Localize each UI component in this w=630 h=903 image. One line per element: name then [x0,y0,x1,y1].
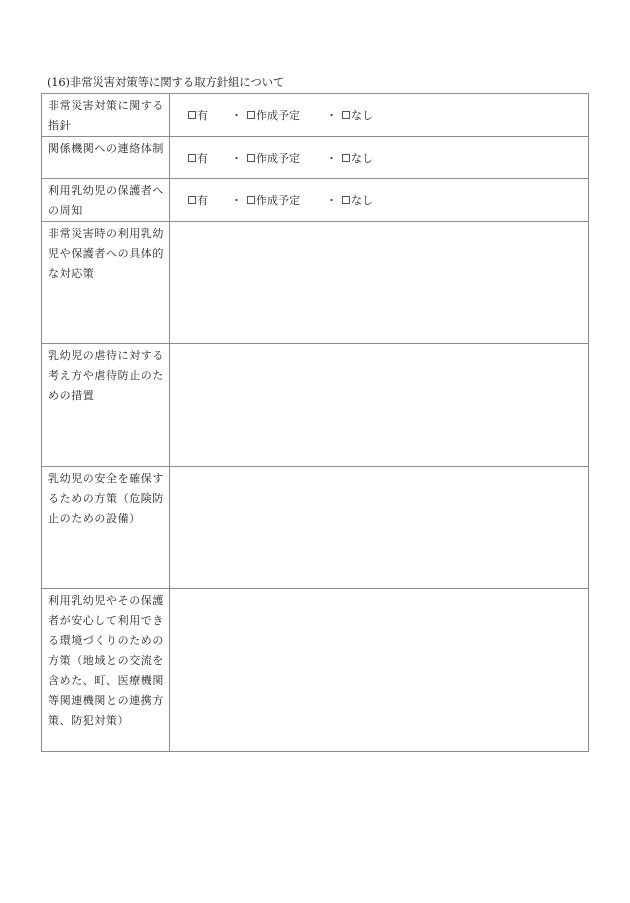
table-row: 乳幼児の安全を確保するための方策（危険防止のための設備） [42,467,589,589]
table-row: 利用乳幼児やその保護者が安心して利用できる環境づくりのための方策（地域との交流を… [42,589,589,752]
table-row: 非常災害対策に関する指針 有 ・ 作成予定 ・ なし [42,94,589,137]
row-label: 乳幼児の虐待に対する考え方や虐待防止のための措置 [42,344,170,467]
option-label: 有 [197,192,208,208]
option-yes[interactable]: 有 [188,192,226,208]
option-group: 有 ・ 作成予定 ・ なし [170,192,588,208]
option-label: 有 [197,107,208,123]
checkbox-icon[interactable] [188,111,196,119]
checkbox-icon[interactable] [188,196,196,204]
option-yes[interactable]: 有 [188,150,226,166]
checkbox-icon[interactable] [247,154,255,162]
option-yes[interactable]: 有 [188,107,226,123]
options-cell: 有 ・ 作成予定 ・ なし [170,179,589,222]
option-label: 作成予定 [256,192,300,208]
disaster-policy-table: 非常災害対策に関する指針 有 ・ 作成予定 ・ なし [41,93,589,752]
separator: ・ [226,150,247,166]
row-label: 非常災害時の利用乳幼児や保護者への具体的な対応策 [42,222,170,344]
options-cell: 有 ・ 作成予定 ・ なし [170,94,589,137]
option-planned[interactable]: 作成予定 [247,192,321,208]
answer-field[interactable] [170,467,589,589]
row-label: 利用乳幼児の保護者への周知 [42,179,170,222]
checkbox-icon[interactable] [342,154,350,162]
option-label: 作成予定 [256,150,300,166]
option-no[interactable]: なし [342,192,373,208]
separator: ・ [321,150,342,166]
table-row: 乳幼児の虐待に対する考え方や虐待防止のための措置 [42,344,589,467]
row-label: 非常災害対策に関する指針 [42,94,170,137]
row-label: 関係機関への連絡体制 [42,137,170,179]
table-row: 利用乳幼児の保護者への周知 有 ・ 作成予定 ・ なし [42,179,589,222]
option-group: 有 ・ 作成予定 ・ なし [170,107,588,123]
option-no[interactable]: なし [342,107,373,123]
option-label: なし [351,192,373,208]
table-row: 関係機関への連絡体制 有 ・ 作成予定 ・ なし [42,137,589,179]
row-label: 利用乳幼児やその保護者が安心して利用できる環境づくりのための方策（地域との交流を… [42,589,170,752]
option-group: 有 ・ 作成予定 ・ なし [170,150,588,166]
option-planned[interactable]: 作成予定 [247,107,321,123]
answer-field[interactable] [170,344,589,467]
row-label: 乳幼児の安全を確保するための方策（危険防止のための設備） [42,467,170,589]
option-label: なし [351,150,373,166]
separator: ・ [321,192,342,208]
answer-field[interactable] [170,589,589,752]
checkbox-icon[interactable] [247,111,255,119]
answer-field[interactable] [170,222,589,344]
checkbox-icon[interactable] [247,196,255,204]
checkbox-icon[interactable] [342,196,350,204]
separator: ・ [321,107,342,123]
separator: ・ [226,107,247,123]
option-label: なし [351,107,373,123]
option-label: 作成予定 [256,107,300,123]
option-label: 有 [197,150,208,166]
option-no[interactable]: なし [342,150,373,166]
option-planned[interactable]: 作成予定 [247,150,321,166]
separator: ・ [226,192,247,208]
checkbox-icon[interactable] [342,111,350,119]
section-title: (16)非常災害対策等に関する取方針組について [47,74,284,90]
table-row: 非常災害時の利用乳幼児や保護者への具体的な対応策 [42,222,589,344]
options-cell: 有 ・ 作成予定 ・ なし [170,137,589,179]
checkbox-icon[interactable] [188,154,196,162]
